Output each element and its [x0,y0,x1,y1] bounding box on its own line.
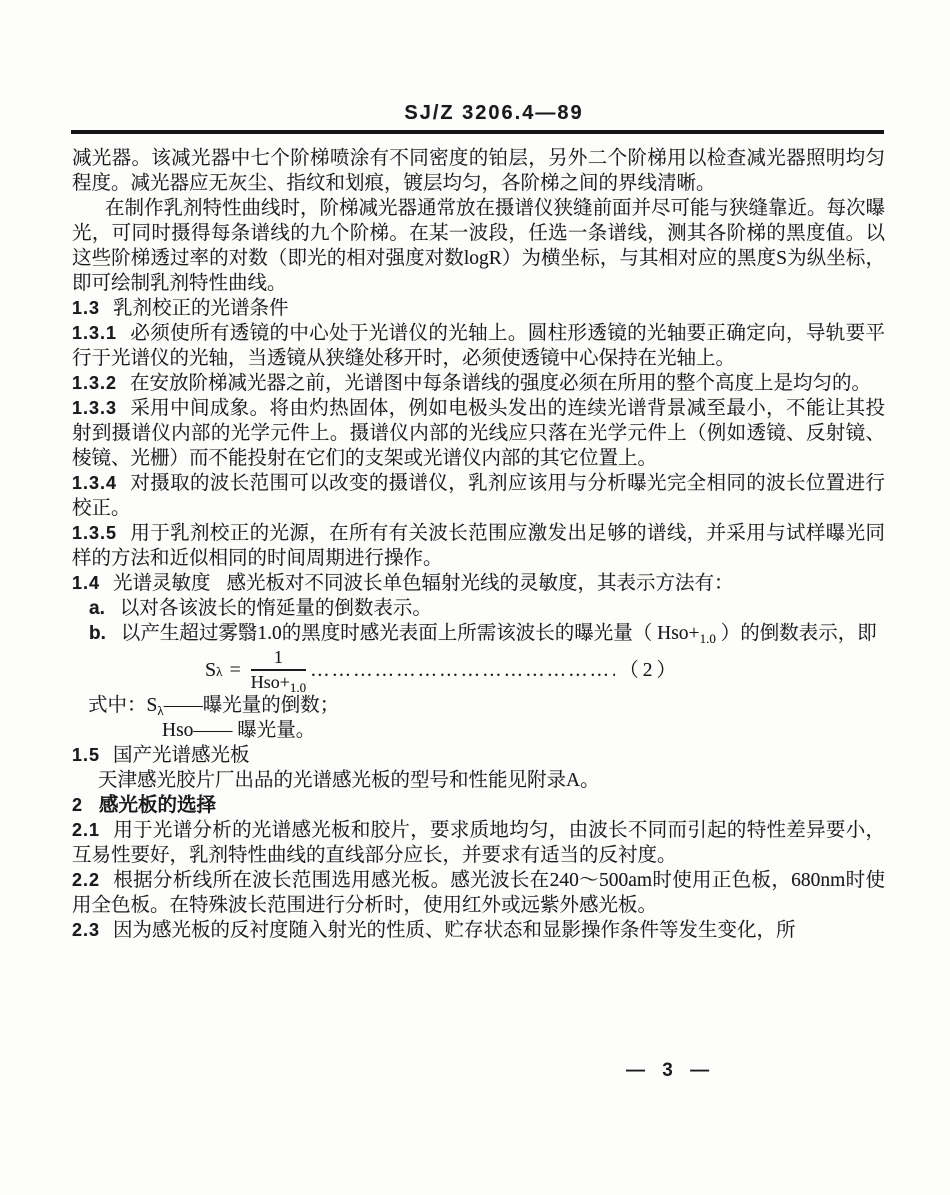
symbol-S: S [205,658,216,683]
symbol-Hso: Hso [162,720,193,741]
clause-number: 1.4 [72,573,100,593]
clause-2-3: 2.3因为感光板的反衬度随入射光的性质、贮存状态和显影操作条件等发生变化，所 [72,918,885,943]
clause-number: 1.3.2 [72,373,117,393]
equals-sign: = [229,658,240,683]
clause-1-3-1: 1.3.1必须使所有透镜的中心处于光谱仪的光轴上。圆柱形透镜的光轴要正确定向，导… [72,321,885,371]
section-2-heading: 2感光板的选择 [72,793,885,818]
clause-text: 因为感光板的反衬度随入射光的性质、贮存状态和显影操作条件等发生变化，所 [113,920,796,941]
list-item-a: a.以对各该波长的惰延量的倒数表示。 [72,596,885,621]
item-text: 以产生超过雾翳1.0的黑度时感光表面上所需该波长的曝光量（ Hso+ [121,623,700,644]
item-text: 以对各该波长的惰延量的倒数表示。 [120,598,432,619]
clause-1-3-3: 1.3.3采用中间成象。将由灼热固体，例如电极头发出的连续光谱背景减至最小，不能… [72,396,885,471]
scanned-standard-page: SJ/Z 3206.4—89 减光器。该减光器中七个阶梯喷涂有不同密度的铂层，另… [0,0,950,1195]
subscript: 1.0 [700,631,716,646]
clause-text: 用于乳剂校正的光源，在所有有关波长范围应激发出足够的谱线，并采用与试样曝光同样的… [72,523,885,569]
clause-1-3-5: 1.3.5用于乳剂校正的光源，在所有有关波长范围应激发出足够的谱线，并采用与试样… [72,521,885,571]
clause-text: 必须使所有透镜的中心处于光谱仪的光轴上。圆柱形透镜的光轴要正确定向，导轨要平行于… [72,323,885,369]
page-number: — 3 — [626,1060,715,1082]
clause-text: 用于光谱分析的光谱感光板和胶片，要求质地均匀，由波长不同而引起的特性差异要小，互… [72,820,885,866]
clause-2-1: 2.1用于光谱分析的光谱感光板和胶片，要求质地均匀，由波长不同而引起的特性差异要… [72,818,885,868]
clause-text: 采用中间成象。将由灼热固体，例如电极头发出的连续光谱背景减至最小，不能让其投射到… [72,398,885,469]
clause-text: 在安放阶梯减光器之前，光谱图中每条谱线的强度必须在所用的整个高度上是均匀的。 [130,373,871,394]
formula-legend-s: 式中：Sλ——曝光量的倒数； [72,693,885,718]
symbol-Hso: Hso+ [251,672,290,692]
fraction-denominator: Hso+1.0 [251,671,306,693]
legend-text: —— 曝光量。 [193,720,315,741]
paragraph-1-5-body: 天津感光胶片厂出品的光谱感光板的型号和性能见附录A。 [72,768,885,793]
equation-lhs: Sλ= [205,658,251,683]
section-number: 2 [72,795,83,815]
standard-number: SJ/Z 3206.4—89 [404,102,583,124]
paragraph-attenuator: 减光器。该减光器中七个阶梯喷涂有不同密度的铂层，另外二个阶梯用以检查减光器照明均… [72,146,885,196]
clause-number: 2.3 [72,920,100,940]
clause-title: 国产光谱感光板 [113,745,250,766]
header-rule [71,130,884,134]
legend-intro: 式中： [88,695,147,716]
clause-number: 1.3 [72,298,100,318]
clause-number: 1.5 [72,745,100,765]
item-label: a. [89,598,105,619]
clause-1-4: 1.4光谱灵敏度感光板对不同波长单色辐射光线的灵敏度，其表示方法有： [72,571,885,596]
equation-2: Sλ= 1 Hso+1.0 ……………………………………………………………… （… [72,648,885,692]
dot-leader: ……………………………………………………………… [310,658,615,683]
paragraph-emulsion-curve: 在制作乳剂特性曲线时，阶梯减光器通常放在摄谱仪狭缝前面并尽可能与狭缝靠近。每次曝… [72,196,885,296]
formula-legend-h: Hso—— 曝光量。 [72,718,885,743]
page-header: SJ/Z 3206.4—89 [0,102,950,125]
clause-term: 光谱灵敏度 [113,573,211,594]
clause-text: 对摄取的波长范围可以改变的摄谱仪，乳剂应该用与分析曝光完全相同的波长位置进行校正… [72,473,885,519]
clause-number: 2.1 [72,820,100,840]
fraction: 1 Hso+1.0 [251,647,306,692]
equation-number: （2） [619,658,680,683]
fraction-numerator: 1 [251,647,306,671]
legend-text: ——曝光量的倒数； [164,695,340,716]
clause-2-2: 2.2根据分析线所在波长范围选用感光板。感光波长在240～500am时使用正色板… [72,868,885,918]
clause-number: 2.2 [72,870,100,890]
document-body: 减光器。该减光器中七个阶梯喷涂有不同密度的铂层，另外二个阶梯用以检查减光器照明均… [72,146,885,943]
clause-1-5-heading: 1.5国产光谱感光板 [72,743,885,768]
clause-1-3-2: 1.3.2在安放阶梯减光器之前，光谱图中每条谱线的强度必须在所用的整个高度上是均… [72,371,885,396]
list-item-b: b.以产生超过雾翳1.0的黑度时感光表面上所需该波长的曝光量（ Hso+1.0 … [72,621,885,646]
clause-text: 根据分析线所在波长范围选用感光板。感光波长在240～500am时使用正色板，68… [72,870,885,916]
clause-number: 1.3.5 [72,523,117,543]
clause-number: 1.3.1 [72,323,117,343]
clause-1-3-heading: 1.3乳剂校正的光谱条件 [72,296,885,321]
clause-number: 1.3.3 [72,398,117,418]
item-text: ）的倒数表示，即 [716,623,877,644]
clause-number: 1.3.4 [72,473,117,493]
clause-1-3-4: 1.3.4对摄取的波长范围可以改变的摄谱仪，乳剂应该用与分析曝光完全相同的波长位… [72,471,885,521]
item-label: b. [89,623,106,644]
section-title: 感光板的选择 [99,795,216,816]
symbol-S: S [147,695,158,716]
clause-text: 感光板对不同波长单色辐射光线的灵敏度，其表示方法有： [227,573,734,594]
clause-title: 乳剂校正的光谱条件 [113,298,289,319]
